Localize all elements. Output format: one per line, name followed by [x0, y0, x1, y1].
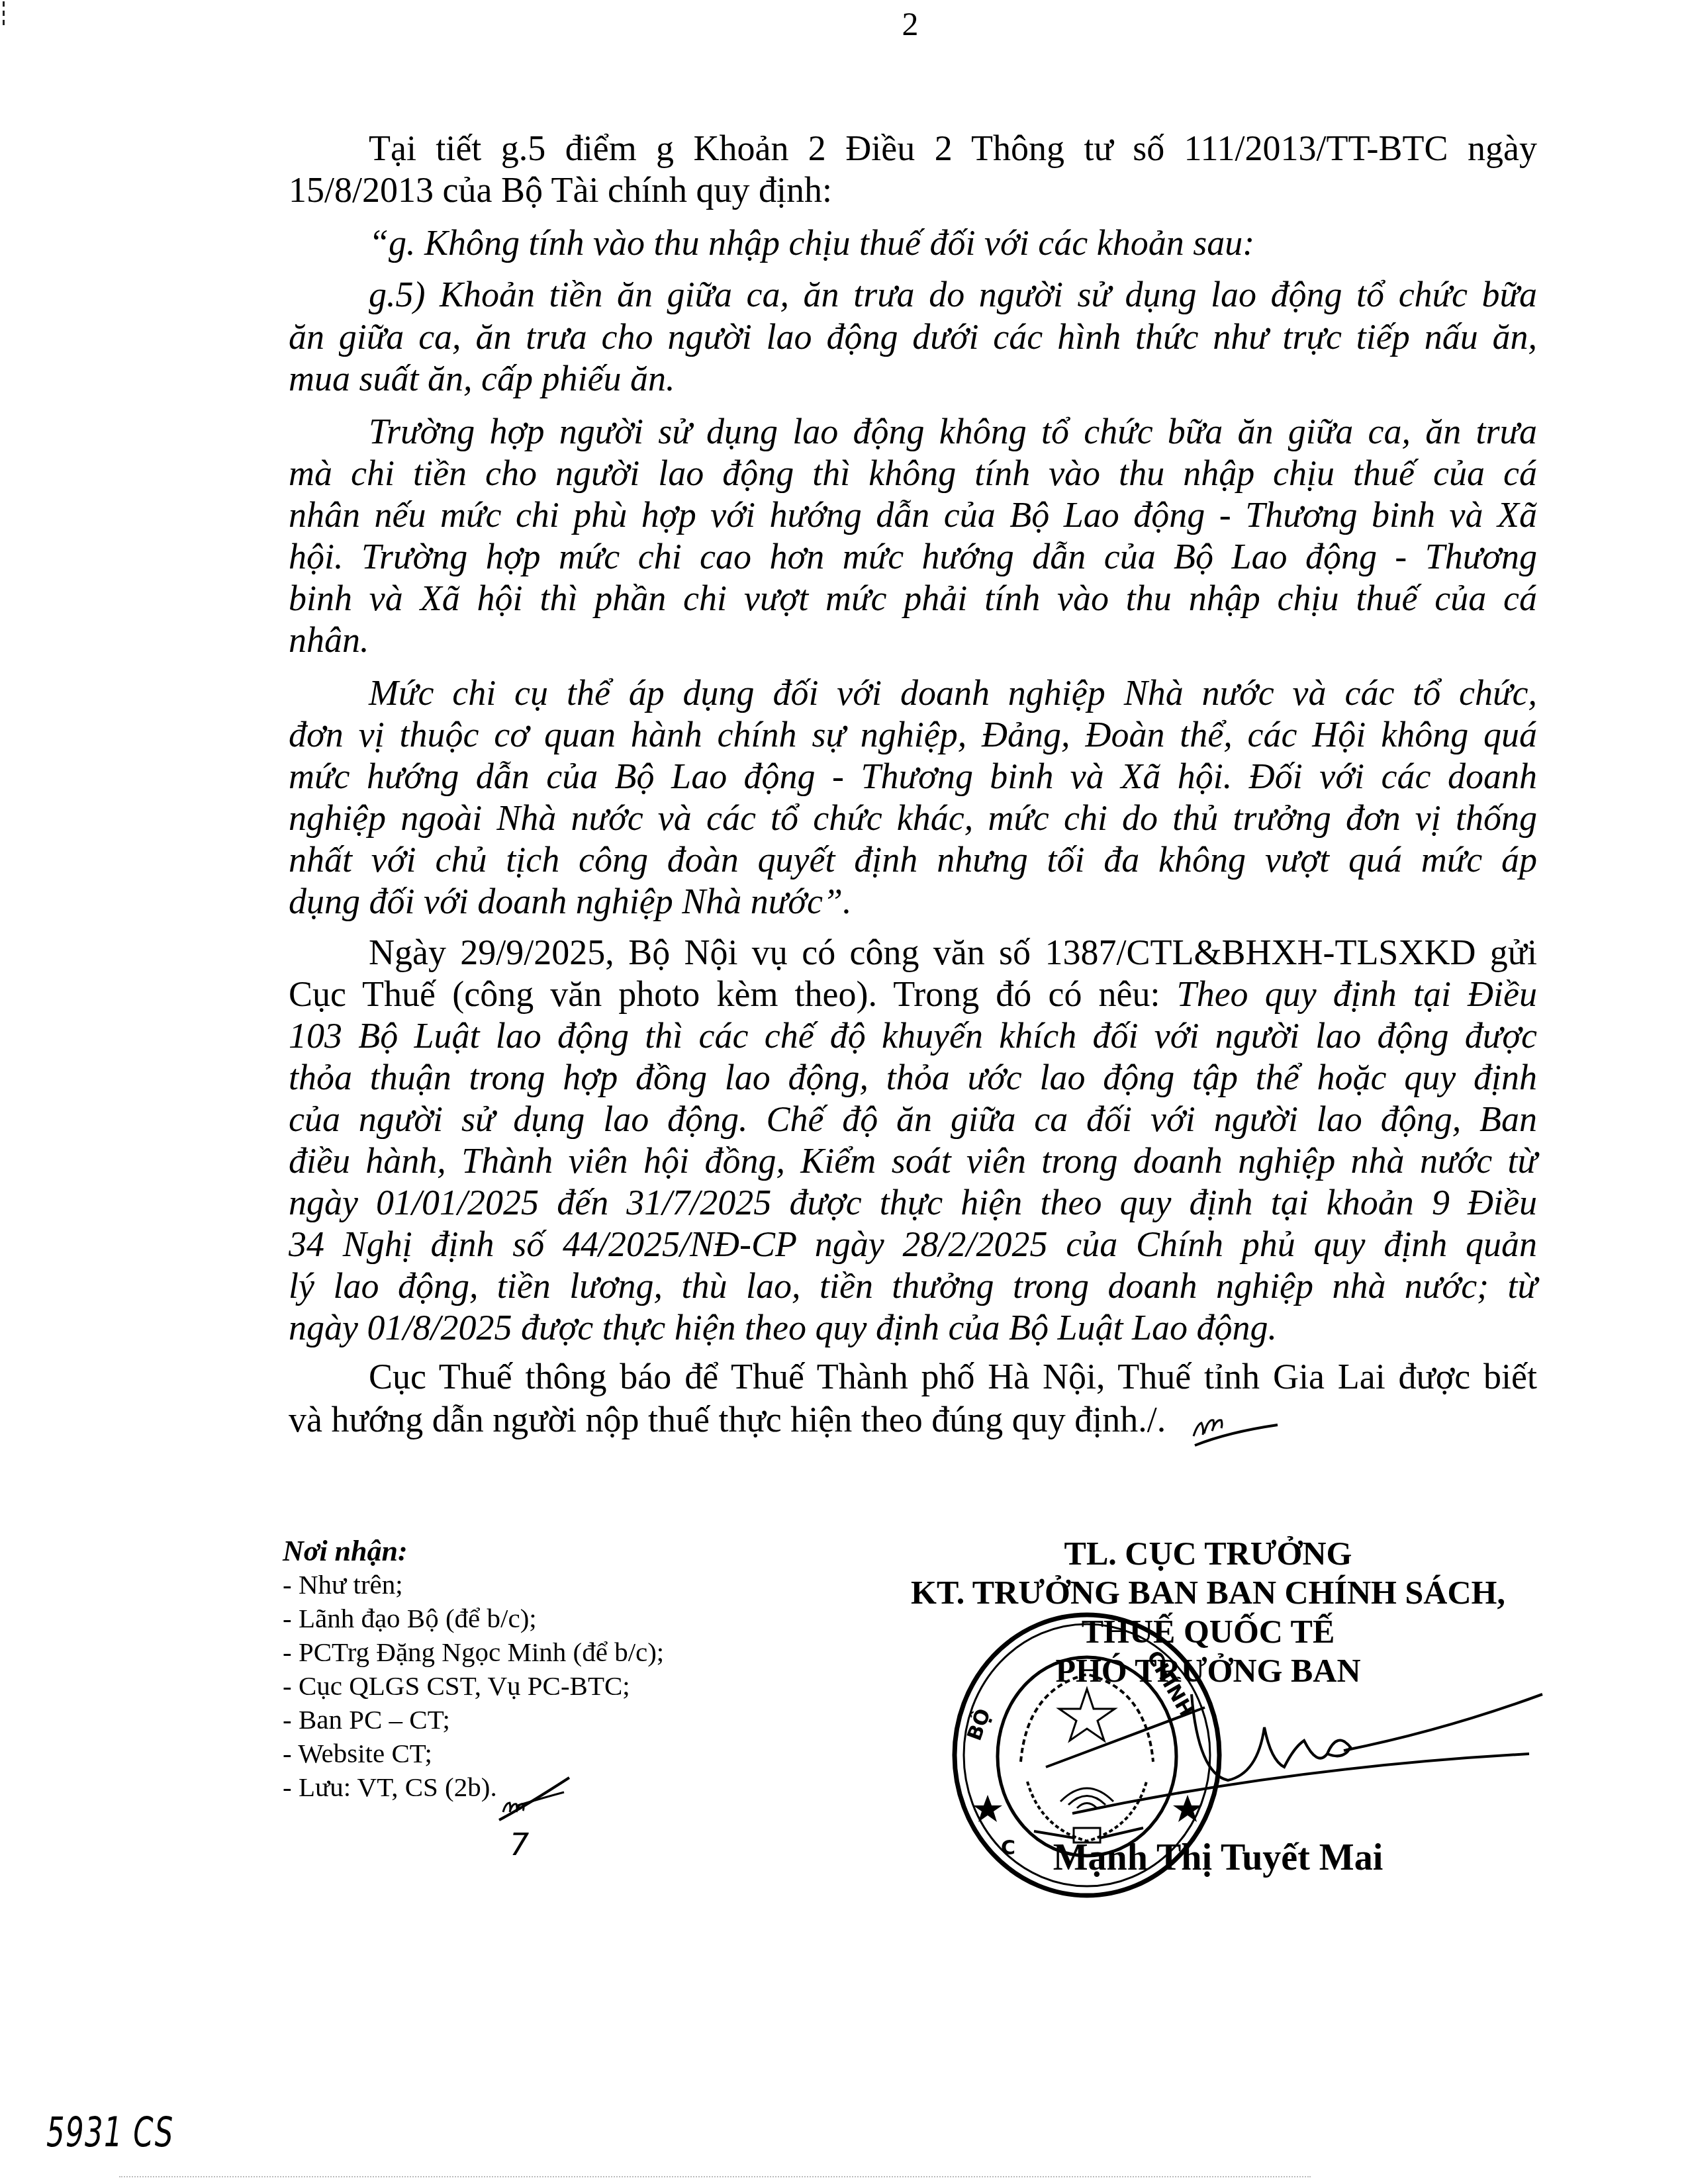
body-line: Ngày 29/9/2025, Bộ Nội vụ có công văn số…	[369, 933, 1537, 972]
recipient-item: - Như trên;	[283, 1568, 664, 1602]
recipient-item: - Ban PC – CT;	[283, 1703, 664, 1737]
quote-line: nhân nếu mức chi phù hợp với hướng dẫn c…	[289, 495, 1537, 535]
quote-line: thỏa thuận trong hợp đồng lao động, thỏa…	[289, 1058, 1537, 1097]
quote-line: 103 Bộ Luật lao động thì các chế độ khuy…	[289, 1016, 1537, 1056]
body-line: Cục Thuế thông báo để Thuế Thành phố Hà …	[369, 1357, 1537, 1396]
quote-line: đơn vị thuộc cơ quan hành chính sự nghiệ…	[289, 715, 1537, 754]
body-line: Tại tiết g.5 điểm g Khoản 2 Điều 2 Thông…	[369, 128, 1537, 168]
recipient-item: - Lưu: VT, CS (2b).	[283, 1770, 664, 1804]
seal-text-left: BỘ	[962, 1706, 996, 1744]
quote-line: nghiệp ngoài Nhà nước và các tổ chức khá…	[289, 798, 1537, 838]
handwritten-reference: 5931 CS	[46, 2108, 174, 2156]
quote-line: lý lao động, tiền lương, thù lao, tiền t…	[289, 1266, 1537, 1306]
recipient-item: - Cục QLGS CST, Vụ PC-BTC;	[283, 1669, 664, 1703]
signer-name: Mạnh Thị Tuyết Mai	[980, 1837, 1456, 1879]
handwritten-initials	[498, 1774, 571, 1853]
quote-line: “g. Không tính vào thu nhập chịu thuế đố…	[369, 223, 1537, 263]
body-line: 15/8/2013 của Bộ Tài chính quy định:	[289, 170, 1537, 210]
quote-line: ngày 01/8/2025 được thực hiện theo quy đ…	[289, 1308, 1537, 1347]
document-page: 2 Tại tiết g.5 điểm g Khoản 2 Điều 2 Thô…	[0, 0, 1688, 2184]
quote-line: ngày 01/01/2025 đến 31/7/2025 được thực …	[289, 1183, 1537, 1222]
signature-title-line: KT. TRƯỞNG BAN BAN CHÍNH SÁCH,	[861, 1573, 1556, 1612]
signature-title-line: TL. CỤC TRƯỞNG	[861, 1534, 1556, 1573]
recipient-item: - Website CT;	[283, 1737, 664, 1770]
quote-line: Mức chi cụ thể áp dụng đối với doanh ngh…	[369, 673, 1537, 713]
quote-line: ăn giữa ca, ăn trưa cho người lao động d…	[289, 317, 1537, 357]
quote-line: 34 Nghị định số 44/2025/NĐ-CP ngày 28/2/…	[289, 1224, 1537, 1264]
handwritten-count: 7	[510, 1827, 529, 1862]
quote-line: mức hướng dẫn của Bộ Lao động - Thương b…	[289, 756, 1537, 796]
scan-artifact-bottom	[119, 2176, 1311, 2181]
recipients-title: Nơi nhận:	[283, 1534, 664, 1568]
body-line: Cục Thuế (công văn photo kèm theo). Tron…	[289, 974, 1537, 1014]
recipients-block: Nơi nhận: - Như trên; - Lãnh đạo Bộ (để …	[283, 1534, 664, 1804]
quote-line: nhất với chủ tịch công đoàn quyết định n…	[289, 840, 1537, 880]
recipient-item: - Lãnh đạo Bộ (để b/c);	[283, 1602, 664, 1635]
quote-line: của người sử dụng lao động. Chế độ ăn gi…	[289, 1099, 1537, 1139]
initials-mark	[1188, 1402, 1281, 1448]
quote-line: mà chi tiền cho người lao động thì không…	[289, 453, 1537, 493]
quote-line: Trường hợp người sử dụng lao động không …	[369, 412, 1537, 451]
quote-line: nhân.	[289, 620, 1537, 660]
page-number: 2	[887, 5, 933, 42]
signature-stroke	[993, 1668, 1575, 1827]
quote-text: Theo quy định tại Điều	[1177, 974, 1537, 1014]
body-text: Cục Thuế (công văn photo kèm theo). Tron…	[289, 974, 1177, 1014]
quote-line: mua suất ăn, cấp phiếu ăn.	[289, 359, 1537, 398]
quote-line: binh và Xã hội thì phần chi vượt mức phả…	[289, 578, 1537, 618]
scan-artifact	[3, 1, 5, 29]
quote-line: hội. Trường hợp mức chi cao hơn mức hướn…	[289, 537, 1537, 576]
quote-line: g.5) Khoản tiền ăn giữa ca, ăn trưa do n…	[369, 275, 1537, 314]
recipient-item: - PCTrg Đặng Ngọc Minh (để b/c);	[283, 1635, 664, 1669]
body-line: và hướng dẫn người nộp thuế thực hiện th…	[289, 1400, 1537, 1439]
quote-line: dụng đối với doanh nghiệp Nhà nước”.	[289, 882, 1537, 921]
quote-line: điều hành, Thành viên hội đồng, Kiểm soá…	[289, 1141, 1537, 1181]
